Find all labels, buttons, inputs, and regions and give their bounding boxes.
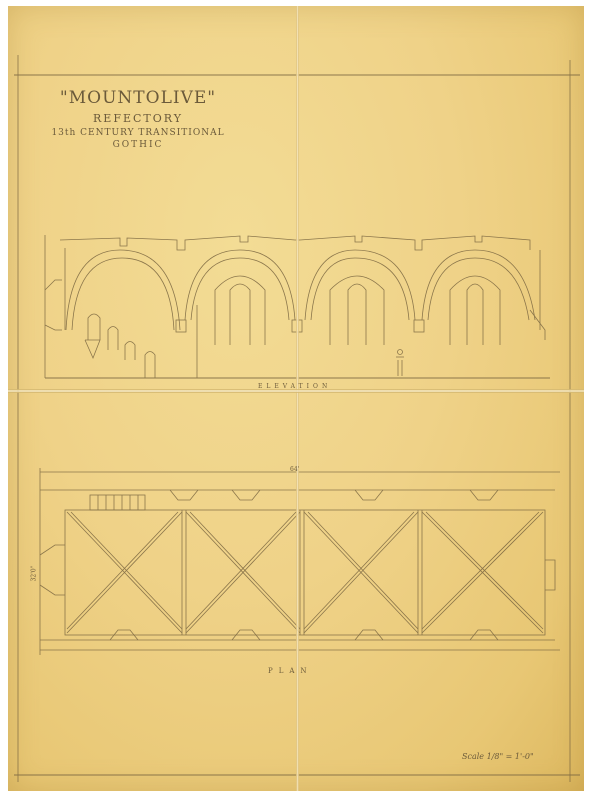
document-title: "MOUNTOLIVE" bbox=[28, 88, 248, 108]
elevation-label: ELEVATION bbox=[258, 383, 331, 390]
drawing-sheet: "MOUNTOLIVE" REFECTORY 13th CENTURY TRAN… bbox=[0, 0, 591, 800]
plan-label: PLAN bbox=[268, 667, 313, 675]
document-subtitle: REFECTORY bbox=[28, 112, 248, 125]
title-block: "MOUNTOLIVE" REFECTORY 13th CENTURY TRAN… bbox=[28, 88, 248, 150]
document-description-2: GOTHIC bbox=[28, 140, 248, 150]
plan-drawing bbox=[40, 468, 560, 655]
plan-width-dimension: 32'0" bbox=[30, 566, 37, 582]
scale-note: Scale 1/8" = 1'-0" bbox=[462, 752, 534, 761]
plan-length-dimension: 64' bbox=[290, 466, 299, 473]
document-description-1: 13th CENTURY TRANSITIONAL bbox=[28, 128, 248, 138]
